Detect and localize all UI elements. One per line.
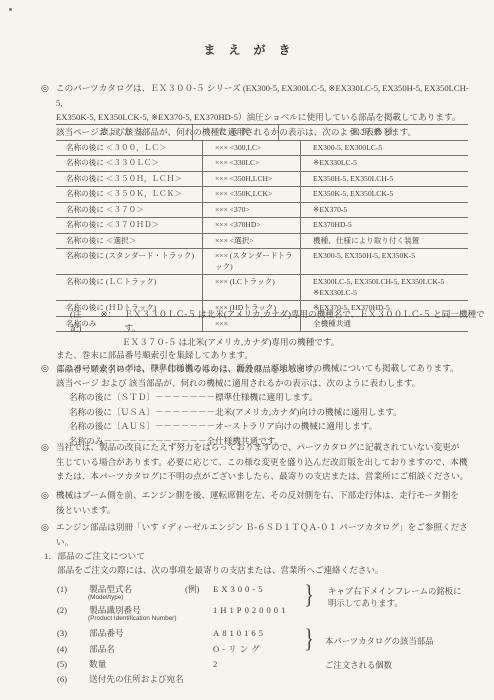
catalog-note: 本パーツカタログの該当部品: [325, 635, 434, 647]
cell-models: EX350H-5, EX350LCH-5: [300, 172, 468, 187]
table-header-method: 表示方法: [56, 125, 192, 140]
cell-method: 名称の後に ＜３５０Ｈ，ＬＣＨ＞: [56, 172, 202, 187]
item-number: (2): [57, 605, 87, 615]
section-bullet-icon: ◎: [41, 361, 51, 449]
section-bullet-icon: ◎: [41, 440, 51, 484]
order-item: (2) 製品識別番号 1H1P020001: [57, 605, 467, 615]
cell-models: 機種、仕様により取り付く装置: [300, 234, 468, 249]
item-value: A810165: [213, 628, 266, 638]
engine-section: ◎ エンジン部品は別冊「いすゞディーゼルエンジン Ｂ-６ＳＤ１ＴＱＡ-０１ パー…: [41, 520, 469, 549]
item-number: (4): [57, 644, 87, 654]
cell-example: ××× <350K,LCK>: [202, 187, 300, 202]
cell-models: EX300-5, EX300LC-5: [300, 141, 468, 156]
cell-example: ××× (LCトラック): [202, 275, 300, 300]
table-row: 名称の後に ＜３７０＞ ××× <370> ※EX370-5: [56, 203, 468, 219]
item-label: 部品番号: [89, 628, 123, 638]
cell-models: EX300-5, EX350H-5, EX350K-5: [300, 249, 468, 274]
table-row: 名称の後に (ＬＣトラック) ××× (LCトラック) EX300LC-5, E…: [56, 275, 468, 301]
regions-section: ◎ このパーツカタログは、標準仕様機のほかに、海外の一部地域向けの機械についても…: [41, 361, 469, 449]
cell-example: ××× <300,LC>: [202, 141, 300, 156]
cell-method: 名称の後に (ＬＣトラック): [56, 275, 202, 300]
regions-line-2: 該当ページ および 該当部品が、何れの機械に適用されるかの表示は、次のように表わ…: [56, 376, 469, 391]
table-row: 名称の後に ＜３５０Ｋ，ＬＣＫ＞ ××× <350K,LCK> EX350K-5…: [56, 187, 468, 203]
table-header-example: 表示例: [192, 125, 278, 140]
revision-line-2: 生じている場合があります。必要に応じて、この様な変更を盛り込んだ改訂版を出してお…: [56, 455, 469, 470]
cell-method: 名称の後に (スタンダード・トラック): [56, 249, 202, 274]
nameplate-note-line-2: 明示してあります。: [328, 597, 403, 609]
cell-method: 名称の後に ＜３００，ＬＣ＞: [56, 141, 202, 156]
cell-models-line-2: ※EX330LC-5: [313, 288, 468, 299]
item-sublabel: (Product Identification Number): [88, 615, 176, 622]
cell-method: 名称の後に ＜３７０ＨＤ＞: [56, 218, 202, 233]
item-label: 数量: [89, 659, 106, 669]
note-line-1: ＥＸ３３０ＬＣ-５ は北米(アメリカ,カナダ)専用の機種名で、ＥＸ３００ＬＣ-５…: [124, 308, 494, 336]
orientation-section: ◎ 機械はブーム側を前、エンジン側を後、運転席側を左、その反対側を右、下部走行体…: [41, 488, 469, 517]
item-label: 送付先の住所および宛名: [89, 674, 184, 684]
cell-method: 名称の後に ＜３３０ＬＣ＞: [56, 156, 202, 171]
cell-models: EX300LC-5, EX350LCH-5, EX350LCK-5 ※EX330…: [300, 275, 468, 300]
regions-std-line: 名称の後に〔ＳＴＤ〕－－－－－－－標準仕様機に適用します。: [56, 390, 469, 405]
cell-example: ××× <350H,LCH>: [202, 172, 300, 187]
order-heading: 1．部品のご注文について: [44, 549, 145, 562]
revision-section: ◎ 当社では、製品の改良にたえず努力をはらっておりますので、パーツカタログに記載…: [41, 440, 469, 484]
intro-line-2: EX350K-5, EX350LCK-5, ※EX370-5, EX370HD-…: [56, 110, 469, 125]
models-table: 表示方法 表示例 適用機種 名称の後に ＜３００，ＬＣ＞ ××× <300,LC…: [56, 124, 468, 332]
item-value: EX300-5: [213, 584, 266, 594]
cell-method: 名称の後に ＜選択＞: [56, 234, 202, 249]
cell-example: ××× <330LC>: [202, 156, 300, 171]
item-number: (5): [57, 659, 87, 669]
cell-example: ××× <370>: [202, 203, 300, 218]
item-example-prefix: (例): [185, 584, 199, 594]
note-label: (注記): [70, 308, 92, 336]
order-item: (6) 送付先の住所および宛名: [57, 674, 467, 684]
revision-line-3: または、本パーツカタログに不明の点がございましたら、最寄りの支店または、営業所に…: [56, 469, 469, 484]
scan-artifact-speck: [9, 8, 12, 11]
nameplate-note-line-1: キャブ右下メインフレームの銘板に: [328, 585, 462, 597]
table-row: 名称の後に ＜選択＞ ××× <選択> 機種、仕様により取り付く装置: [56, 234, 468, 250]
orientation-line-2: 後といいます。: [56, 503, 469, 518]
cell-method: 名称の後に ＜３７０＞: [56, 203, 202, 218]
section-bullet-icon: ◎: [41, 488, 51, 517]
cell-example: ××× <選択>: [202, 234, 300, 249]
item-number: (6): [57, 674, 87, 684]
regions-usa-line: 名称の後に〔ＵＳＡ〕－－－－－－－北米(アメリカ,カナダ)向けの機械に適用します…: [56, 405, 469, 420]
item-value: 2: [213, 659, 220, 669]
brace-icon: }: [305, 582, 314, 608]
note-mark: ※：: [100, 308, 116, 336]
order-intro: 部品をご注文の際には、次の事項を最寄りの支店または、営業所へご連絡ください。: [57, 564, 384, 576]
section-bullet-icon: ◎: [41, 520, 51, 549]
regions-aus-line: 名称の後に〔ＡＵＳ〕－－－－－－－オーストラリア向けの機械に適用します。: [56, 419, 469, 434]
item-sublabel: (Model/type): [88, 594, 124, 601]
note-line-2: ＥＸ３７０-５ は北米(アメリカ,カナダ)専用の機種です。: [56, 336, 494, 350]
cell-models: EX350K-5, EX350LCK-5: [300, 187, 468, 202]
table-header-row: 表示方法 表示例 適用機種: [56, 125, 468, 141]
scanned-document-page: まえがき ◎ このパーツカタログは、ＥＸ３００-５ シリーズ (EX300-5,…: [0, 0, 494, 700]
cell-example: ××× <370HD>: [202, 218, 300, 233]
table-row: 名称の後に ＜３３０ＬＣ＞ ××× <330LC> ※EX330LC-5: [56, 156, 468, 172]
item-label: 製品識別番号: [89, 605, 141, 615]
brace-icon: }: [305, 626, 314, 652]
cell-example: ××× (スタンダードトラック): [202, 249, 300, 274]
intro-line-1: このパーツカタログは、ＥＸ３００-５ シリーズ (EX300-5, EX300L…: [56, 81, 469, 110]
regions-line-1: このパーツカタログは、標準仕様機のほかに、海外の一部地域向けの機械についても掲載…: [56, 361, 469, 376]
cell-models-line-1: EX300LC-5, EX350LCH-5, EX350LCK-5: [313, 277, 468, 288]
item-label: 製品型式名: [89, 584, 132, 594]
item-value: O-リング: [213, 644, 263, 654]
cell-method: 名称の後に ＜３５０Ｋ，ＬＣＫ＞: [56, 187, 202, 202]
table-row: 名称の後に (スタンダード・トラック) ××× (スタンダードトラック) EX3…: [56, 249, 468, 275]
orientation-line-1: 機械はブーム側を前、エンジン側を後、運転席側を左、その反対側を右、下部走行体は、…: [56, 488, 469, 503]
revision-line-1: 当社では、製品の改良にたえず努力をはらっておりますので、パーツカタログに記載され…: [56, 440, 469, 455]
table-row: 名称の後に ＜３００，ＬＣ＞ ××× <300,LC> EX300-5, EX3…: [56, 141, 468, 157]
cell-models: ※EX330LC-5: [300, 156, 468, 171]
page-title: まえがき: [0, 41, 494, 58]
engine-line-1: エンジン部品は別冊「いすゞディーゼルエンジン Ｂ-６ＳＤ１ＴＱＡ-０１ パーツカ…: [56, 520, 469, 549]
cell-models: EX370HD-5: [300, 218, 468, 233]
order-item: (5) 数量 2: [57, 659, 467, 669]
table-row: 名称の後に ＜３７０ＨＤ＞ ××× <370HD> EX370HD-5: [56, 218, 468, 234]
item-value: 1H1P020001: [213, 605, 288, 615]
table-header-models: 適用機種: [278, 125, 468, 140]
table-row: 名称の後に ＜３５０Ｈ，ＬＣＨ＞ ××× <350H,LCH> EX350H-5…: [56, 172, 468, 188]
cell-models: ※EX370-5: [300, 203, 468, 218]
quantity-note: ご注文される個数: [325, 659, 392, 671]
section-bullet-icon: ◎: [41, 81, 51, 139]
item-number: (3): [57, 628, 87, 638]
item-label: 部品名: [89, 644, 115, 654]
item-number: (1): [57, 584, 87, 594]
